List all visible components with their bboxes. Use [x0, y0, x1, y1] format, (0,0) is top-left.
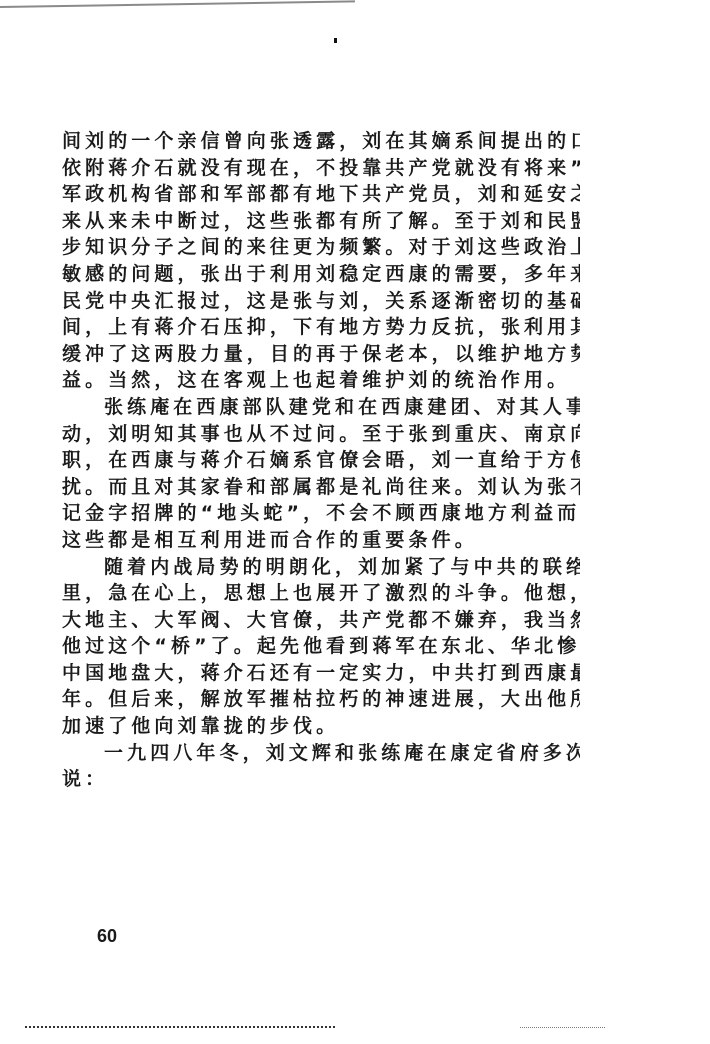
paragraph-3: 随着内战局势的明朗化，刘加紧了与中共的联络，张看在眼 里，急在心上，思想上也展开…: [62, 554, 580, 740]
text-line: 依附蒋介石就没有现在，不投靠共产党就没有将来”。在刘系的: [62, 155, 580, 182]
text-line: 张练庵在西康部队建党和在西康建团、对其人事安排组织活: [62, 394, 580, 421]
paragraph-1: 间刘的一个亲信曾向张透露，刘在其嫡系间提出的口号是，“不 依附蒋介石就没有现在，…: [62, 128, 580, 394]
text-line: 动，刘明知其事也从不过问。至于张到重庆、南京向国民党中央述: [62, 421, 580, 448]
text-line: 这些都是相互利用进而合作的重要条件。: [62, 527, 580, 554]
page-body: 间刘的一个亲信曾向张透露，刘在其嫡系间提出的口号是，“不 依附蒋介石就没有现在，…: [62, 128, 580, 793]
text-line: 他过这个“桥”了。起先他看到蒋军在东北、华北惨败，还认为: [62, 633, 580, 660]
scan-bottom-edge-right: [520, 1027, 605, 1028]
text-line: 年。但后来，解放军摧枯拉朽的神速进展，大出他所料，从而也: [62, 686, 580, 713]
text-line: 敏感的问题，张出于利用刘稳定西康的需要，多年来，从未向国: [62, 261, 580, 288]
text-line: 大地主、大军阀、大官僚，共产党都不嫌弃，我当然也可以伙着: [62, 607, 580, 634]
text-line: 军政机构省部和军部都有地下共产党员，刘和延安之间的秘密往: [62, 181, 580, 208]
text-line: 中国地盘大，蒋介石还有一定实力，中共打到西康最快也需五: [62, 660, 580, 687]
text-line: 扰。而且对其家眷和部属都是礼尚往来。刘认为张不过是打着蒋: [62, 474, 580, 501]
text-line: 益。当然，这在客观上也起着维护刘的统治作用。: [62, 367, 580, 394]
text-line: 记金字招牌的“地头蛇”，不会不顾西康地方利益而一意孤行，: [62, 500, 580, 527]
text-line: 职，在西康与蒋介石嫡系官僚会晤，刘一直给于方便，从不干: [62, 447, 580, 474]
text-line: 一九四八年冬，刘文辉和张练庵在康定省府多次会晤，刘: [62, 740, 580, 767]
scan-bottom-edge: [25, 1026, 335, 1028]
text-line: 加速了他向刘靠拢的步伐。: [62, 713, 580, 740]
page-number: 60: [97, 926, 117, 947]
scan-speck: [334, 38, 337, 43]
text-line: 间刘的一个亲信曾向张透露，刘在其嫡系间提出的口号是，“不: [62, 128, 580, 155]
text-line: 步知识分子之间的来往更为频繁。对于刘这些政治上亲共的极为: [62, 234, 580, 261]
text-line: 随着内战局势的明朗化，刘加紧了与中共的联络，张看在眼: [62, 554, 580, 581]
text-line: 说：: [62, 766, 580, 793]
paragraph-2: 张练庵在西康部队建党和在西康建团、对其人事安排组织活 动，刘明知其事也从不过问。…: [62, 394, 580, 554]
scan-edge-line: [0, 0, 355, 14]
text-line: 里，急在心上，思想上也展开了激烈的斗争。他想，象刘这样的: [62, 580, 580, 607]
paragraph-4: 一九四八年冬，刘文辉和张练庵在康定省府多次会晤，刘 说：: [62, 740, 580, 793]
text-line: 来从来未中断过，这些张都有所了解。至于刘和民盟、民革及进: [62, 208, 580, 235]
text-line: 民党中央汇报过，这是张与刘，关系逐渐密切的基础。刘主康期: [62, 288, 580, 315]
text-line: 缓冲了这两股力量，目的再于保老本，以维护地方势力的根本利: [62, 341, 580, 368]
text-line: 间，上有蒋介石压抑，下有地方势力反抗，张利用其特殊身份，: [62, 314, 580, 341]
